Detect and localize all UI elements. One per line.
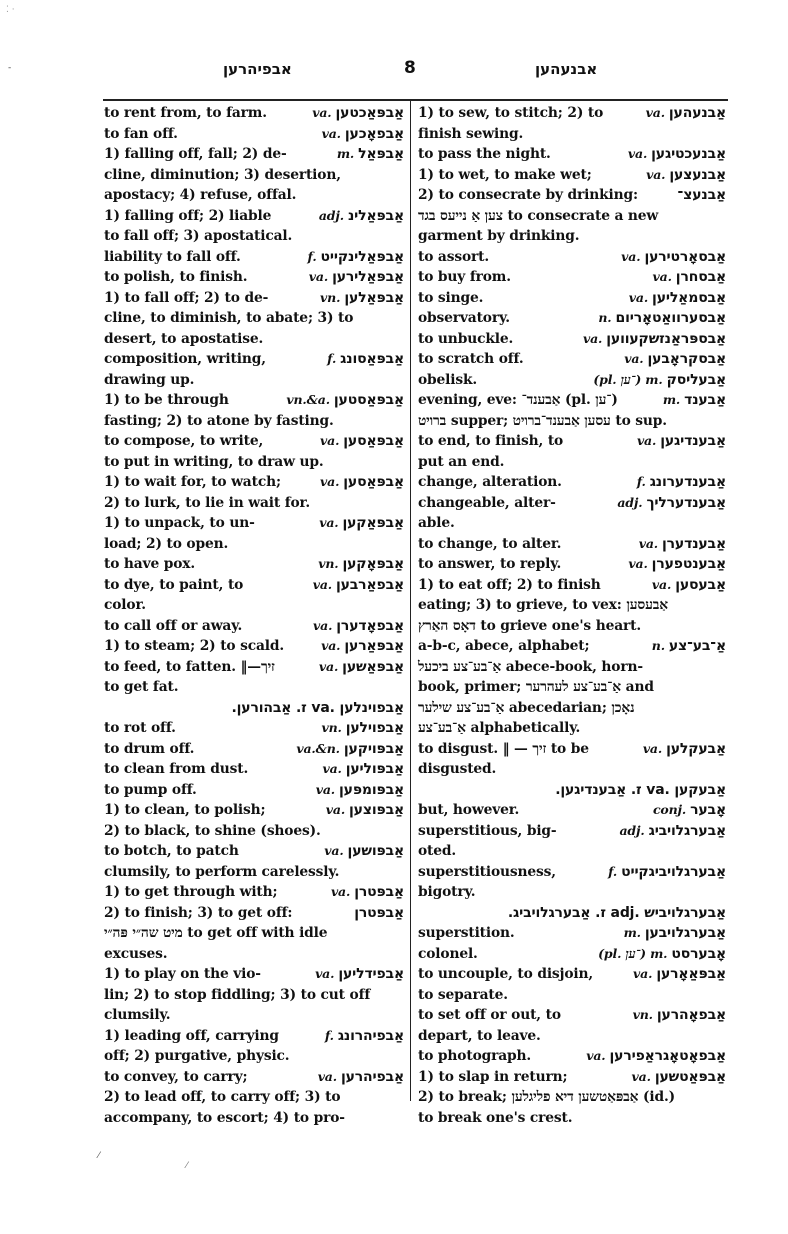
headword: אַבפוילען <box>346 718 404 739</box>
definition-text: צען אַ נייעס בגד to consecrate a new <box>418 206 658 227</box>
definition-text: superstition. <box>418 923 515 944</box>
dictionary-line: to call off or away.va.אַבפאָדערן <box>104 616 404 637</box>
definition-text: to polish, to finish. <box>104 267 247 288</box>
part-of-speech: va. <box>309 267 328 288</box>
definition-text: to fan off. <box>104 124 178 145</box>
dictionary-line: 2) to consecrate by drinking:אַבנעצ־ <box>418 185 726 206</box>
entry-headword-group: va.אַבפּאַקען <box>319 513 404 534</box>
headword: אַבפּאַל <box>358 144 404 165</box>
part-of-speech: va. <box>316 780 335 801</box>
part-of-speech: (pl. ־ען) m. <box>593 370 662 391</box>
part-of-speech: va. <box>322 759 341 780</box>
dictionary-line: changeable, alter-adj.אַבענדערליך <box>418 493 726 514</box>
dictionary-line: 1) leading off, carryingf.אַבפיהרונג <box>104 1026 404 1047</box>
scan-artifact-bottom-tick-2: ⁄ <box>186 1162 188 1171</box>
dictionary-line: depart, to leave. <box>418 1026 726 1047</box>
definition-text: drawing up. <box>104 370 194 391</box>
dictionary-line: אַבערגלויביש .adj ז. אַבערגלויביג. <box>418 903 726 924</box>
part-of-speech: n. <box>598 308 611 329</box>
entry-headword-group: va.אַבפּאַסען <box>320 472 404 493</box>
definition-text: apostacy; 4) refuse, offal. <box>104 185 296 206</box>
part-of-speech: va. <box>312 103 331 124</box>
dictionary-line: 2) to lurk, to lie in wait for. <box>104 493 404 514</box>
dictionary-line: observatory.n.אַבסערוואַטאָריום <box>418 308 726 329</box>
dictionary-line: דאָס האַרץ to grieve one's heart. <box>418 616 726 637</box>
definition-text: to scratch off. <box>418 349 524 370</box>
definition-text: superstitiousness, <box>418 862 556 883</box>
definition-text: color. <box>104 595 146 616</box>
definition-text: to get fat. <box>104 677 178 698</box>
definition-text: 1) to wet, to make wet; <box>418 165 592 186</box>
dictionary-line: to have pox.vn.אַבפּאָקען <box>104 554 404 575</box>
headword: אַבסאָרטירען <box>644 247 726 268</box>
entry-headword-group: (pl. ־ען) m.אָבערסט <box>598 944 726 965</box>
entry-headword-group: va.אַבפאָטאָגראַפירען <box>586 1046 726 1067</box>
headword: אַבפּאַסען <box>343 431 404 452</box>
definition-text: change, alteration. <box>418 472 562 493</box>
dictionary-line: to separate. <box>418 985 726 1006</box>
definition-text: put an end. <box>418 452 504 473</box>
entry-headword-group: m.אַבענד <box>663 390 726 411</box>
headword: אַבענדערונג <box>650 472 726 493</box>
dictionary-line: clumsily, to perform carelessly. <box>104 862 404 883</box>
dictionary-line: 1) to steam; 2) to scald.va.אַבפּאַרען <box>104 636 404 657</box>
dictionary-line: to change, to alter.va.אַבענדערן <box>418 534 726 555</box>
definition-text: lin; 2) to stop fiddling; 3) to cut off <box>104 985 370 1006</box>
dictionary-line: to compose, to write,va.אַבפּאַסען <box>104 431 404 452</box>
definition-text: to separate. <box>418 985 508 1006</box>
entry-headword-group: (pl. ־ען) m.אַבעליסק <box>593 370 726 391</box>
header-rule <box>103 99 728 101</box>
dictionary-line: desert, to apostatise. <box>104 329 404 350</box>
headword: אַבפּאַסונג <box>340 349 404 370</box>
part-of-speech: va. <box>628 554 647 575</box>
dictionary-line: composition, writing,f.אַבפּאַסונג <box>104 349 404 370</box>
dictionary-line: liability to fall off.f.אַבפּאַלינקייט <box>104 247 404 268</box>
part-of-speech: adj. <box>319 206 344 227</box>
part-of-speech: va. <box>583 329 602 350</box>
dictionary-line: to answer, to reply.va.אַבענטפערן <box>418 554 726 575</box>
entry-headword-group: va.אַבספּראַנזשקעווען <box>583 329 726 350</box>
definition-text: 1) to eat off; 2) to finish <box>418 575 601 596</box>
dictionary-line: a-b-c, abece, alphabet;n.אַ־בע־צע <box>418 636 726 657</box>
headword: אַבנעצ־ <box>678 185 726 206</box>
column-divider <box>410 101 411 1101</box>
entry-headword-group: va.אַבפאָכען <box>322 124 404 145</box>
dictionary-line: superstitious, big-adj.אַבערגלויביג <box>418 821 726 842</box>
definition-text: 2) to consecrate by drinking: <box>418 185 638 206</box>
definition-text: 1) to unpack, to un- <box>104 513 255 534</box>
headword: אַבעסען <box>675 575 726 596</box>
dictionary-line: אַ־בע־צע ביכעל abece-book, horn- <box>418 657 726 678</box>
dictionary-line: oted. <box>418 841 726 862</box>
part-of-speech: adj. <box>617 493 642 514</box>
definition-text: to break one's crest. <box>418 1108 572 1129</box>
dictionary-line: evening, eve: אַבענד־ (pl. ־ען)m.אַבענד <box>418 390 726 411</box>
definition-text: to call off or away. <box>104 616 242 637</box>
part-of-speech: (pl. ־ען) m. <box>598 944 667 965</box>
dictionary-line: to feed, to fatten. ‖—זיךva.אַבפּאַשען <box>104 657 404 678</box>
definition-text: cline, diminution; 3) desertion, <box>104 165 341 186</box>
headword: אַבנעכטיגען <box>651 144 726 165</box>
dictionary-line: clumsily. <box>104 1005 404 1026</box>
definition-text: to dye, to paint, to <box>104 575 243 596</box>
headword: אַבפאָדערן <box>336 616 404 637</box>
definition-text: to assort. <box>418 247 489 268</box>
dictionary-line: obelisk.(pl. ־ען) m.אַבעליסק <box>418 370 726 391</box>
dictionary-line: to pump off.va.אַבפּומפּען <box>104 780 404 801</box>
part-of-speech: m. <box>663 390 680 411</box>
entry-headword-group: va.אַבפּושען <box>324 841 404 862</box>
right-column: 1) to sew, to stitch; 2) tova.אַבנעהעןfi… <box>418 103 726 1128</box>
headword: אַבענד <box>684 390 726 411</box>
definition-text: liability to fall off. <box>104 247 241 268</box>
definition-text: changeable, alter- <box>418 493 556 514</box>
dictionary-line: to polish, to finish.va.אַבפּאַלירען <box>104 267 404 288</box>
definition-text: 1) to fall off; 2) to de- <box>104 288 268 309</box>
definition-text: load; 2) to open. <box>104 534 228 555</box>
headword: אַבפּאַטשען <box>655 1067 726 1088</box>
dictionary-line: superstition.m.אַבערגלויבען <box>418 923 726 944</box>
entry-headword-group: va.אַבפּאַשען <box>319 657 404 678</box>
headword: אַבפּטרן <box>354 903 404 924</box>
dictionary-line: 2) to lead off, to carry off; 3) to <box>104 1087 404 1108</box>
dictionary-line: off; 2) purgative, physic. <box>104 1046 404 1067</box>
dictionary-line: 1) to wet, to make wet;va.אַבנעצען <box>418 165 726 186</box>
part-of-speech: f. <box>327 349 336 370</box>
cross-reference: אַבפוינלען .va ז. אַבהורען. <box>231 698 404 719</box>
definition-text: book, primer; אַ־בע־צע לעהרער and <box>418 677 654 698</box>
part-of-speech: va. <box>331 882 350 903</box>
headword: אַבפּאַלינקייט <box>321 247 404 268</box>
headword: אַבפּאַלען <box>344 288 404 309</box>
part-of-speech: va. <box>318 1067 337 1088</box>
part-of-speech: va. <box>319 513 338 534</box>
dictionary-line: put an end. <box>418 452 726 473</box>
headword: אַבפאָכען <box>345 124 404 145</box>
headword: אַבענטפערן <box>652 554 726 575</box>
definition-text: 1) to be through <box>104 390 229 411</box>
entry-headword-group: va.אַבפידליען <box>315 964 404 985</box>
dictionary-line: 1) to be throughvn.&a.אַבפּאַסטען <box>104 390 404 411</box>
part-of-speech: va. <box>319 657 338 678</box>
part-of-speech: va. <box>326 800 345 821</box>
entry-headword-group: va.אַבענדיגען <box>637 431 726 452</box>
part-of-speech: va. <box>621 247 640 268</box>
dictionary-line: ברויט supper; עסען אַבענד־ברויט to sup. <box>418 411 726 432</box>
dictionary-line: but, however.conj.אָבער <box>418 800 726 821</box>
part-of-speech: va. <box>320 431 339 452</box>
part-of-speech: m. <box>624 923 641 944</box>
definition-text: to unbuckle. <box>418 329 513 350</box>
definition-text: disgusted. <box>418 759 496 780</box>
dictionary-line: lin; 2) to stop fiddling; 3) to cut off <box>104 985 404 1006</box>
part-of-speech: va. <box>313 616 332 637</box>
part-of-speech: va. <box>629 288 648 309</box>
entry-headword-group: va.אַבנעכטיגען <box>628 144 726 165</box>
part-of-speech: adj. <box>619 821 644 842</box>
definition-text: to clean from dust. <box>104 759 248 780</box>
definition-text: but, however. <box>418 800 519 821</box>
headword: אַבסערוואַטאָריום <box>615 308 726 329</box>
entry-headword-group: f.אַבפיהרונג <box>325 1026 404 1047</box>
entry-headword-group: va.אַבסמאַליען <box>629 288 726 309</box>
entry-headword-group: m.אַבערגלויבען <box>624 923 726 944</box>
entry-headword-group: va.אַבפּאַרען <box>321 636 404 657</box>
part-of-speech: f. <box>308 247 317 268</box>
entry-headword-group: n.אַ־בע־צע <box>652 636 726 657</box>
entry-headword-group: va.אַבפּאַלירען <box>309 267 404 288</box>
entry-headword-group: vn.אַבפאָהרען <box>633 1005 726 1026</box>
part-of-speech: va. <box>624 349 643 370</box>
definition-text: accompany, to escort; 4) to pro- <box>104 1108 345 1129</box>
guideword-right: אבנעהען <box>535 60 597 78</box>
entry-headword-group: vn.אַבפּאַלען <box>320 288 404 309</box>
dictionary-line: 1) to eat off; 2) to finishva.אַבעסען <box>418 575 726 596</box>
dictionary-line: 1) to fall off; 2) to de-vn.אַבפּאַלען <box>104 288 404 309</box>
entry-headword-group: va.אַבפּומפּען <box>316 780 404 801</box>
definition-text: 1) to slap in return; <box>418 1067 567 1088</box>
headword: אַבנעצען <box>669 165 726 186</box>
dictionary-line: to scratch off.va.אַבסקראָבען <box>418 349 726 370</box>
dictionary-line: apostacy; 4) refuse, offal. <box>104 185 404 206</box>
entry-headword-group: f.אַבפּאַסונג <box>327 349 404 370</box>
definition-text: to end, to finish, to <box>418 431 563 452</box>
scan-artifact-top-left: ⁚ · <box>6 6 15 15</box>
definition-text: desert, to apostatise. <box>104 329 263 350</box>
definition-text: observatory. <box>418 308 510 329</box>
part-of-speech: va. <box>586 1046 605 1067</box>
dictionary-line: 1) to slap in return;va.אַבפּאַטשען <box>418 1067 726 1088</box>
part-of-speech: va. <box>321 636 340 657</box>
entry-headword-group: va.אַבפיהרען <box>318 1067 404 1088</box>
dictionary-line: to uncouple, to disjoin,va.אַבפּאַאָרען <box>418 964 726 985</box>
definition-text: finish sewing. <box>418 124 523 145</box>
part-of-speech: va. <box>320 472 339 493</box>
dictionary-line: 2) to break; אַבפּאַטשען דיא פליגלען (id… <box>418 1087 726 1108</box>
headword: אַבסקראָבען <box>648 349 727 370</box>
definition-text: 2) to lurk, to lie in wait for. <box>104 493 310 514</box>
entry-headword-group: vn.&a.אַבפּאַסטען <box>286 390 404 411</box>
dictionary-line: to break one's crest. <box>418 1108 726 1129</box>
dictionary-line: to unbuckle.va.אַבספּראַנזשקעווען <box>418 329 726 350</box>
dictionary-line: to drum off.va.&n.אַבפּויקען <box>104 739 404 760</box>
part-of-speech: va. <box>322 124 341 145</box>
part-of-speech: va. <box>315 964 334 985</box>
guideword-left: אבפיהרען <box>223 60 292 78</box>
dictionary-line: to rot off.vn.אַבפוילען <box>104 718 404 739</box>
dictionary-line: excuses. <box>104 944 404 965</box>
entry-headword-group: m.אַבפּאַל <box>337 144 404 165</box>
definition-text: מיט שה״י פּה״י to get off with idle <box>104 923 327 944</box>
dictionary-line: to dye, to paint, tova.אַבפאַרבען <box>104 575 404 596</box>
part-of-speech: vn. <box>318 554 338 575</box>
dictionary-line: to fan off.va.אַבפאָכען <box>104 124 404 145</box>
dictionary-line: superstitiousness,f.אַבערגלויביגקייט <box>418 862 726 883</box>
entry-headword-group: va.אַבסקראָבען <box>624 349 726 370</box>
definition-text: oted. <box>418 841 456 862</box>
part-of-speech: f. <box>608 862 617 883</box>
entry-headword-group: va.אַבסחרן <box>653 267 726 288</box>
definition-text: composition, writing, <box>104 349 266 370</box>
dictionary-line: drawing up. <box>104 370 404 391</box>
part-of-speech: va. <box>637 431 656 452</box>
dictionary-line: צען אַ נייעס בגד to consecrate a new <box>418 206 726 227</box>
definition-text: 1) falling off, fall; 2) de- <box>104 144 287 165</box>
headword: אַבפּאַשען <box>342 657 404 678</box>
headword: אַבפּאָקען <box>342 554 404 575</box>
entry-headword-group: va.אַבפּאַכטען <box>312 103 404 124</box>
dictionary-line: garment by drinking. <box>418 226 726 247</box>
entry-headword-group: va.אַבפּאַאָרען <box>633 964 726 985</box>
headword: אַבענדערליך <box>646 493 726 514</box>
definition-text: to pass the night. <box>418 144 551 165</box>
definition-text: to uncouple, to disjoin, <box>418 964 593 985</box>
entry-headword-group: vn.אַבפּאָקען <box>318 554 404 575</box>
entry-headword-group: va.&n.אַבפּויקען <box>296 739 404 760</box>
definition-text: אַ־בע־צע ביכעל abece-book, horn- <box>418 657 643 678</box>
headword: אַ־בע־צע <box>669 636 726 657</box>
definition-text: אַ־בע־צע alphabetically. <box>418 718 580 739</box>
headword: אַבפּאַכטען <box>336 103 405 124</box>
entry-headword-group: va.אַבענדערן <box>639 534 726 555</box>
definition-text: to buy from. <box>418 267 511 288</box>
headword: אַבפיהרונג <box>338 1026 404 1047</box>
entry-headword-group: va.אַבפּאַטשען <box>632 1067 726 1088</box>
headword: אַבפּאַקען <box>342 513 404 534</box>
headword: אַבנעהען <box>669 103 726 124</box>
dictionary-line: to disgust. ‖ — זיך to beva.אַבעקלען <box>418 739 726 760</box>
part-of-speech: va. <box>646 103 665 124</box>
definition-text: 1) to steam; 2) to scald. <box>104 636 284 657</box>
definition-text: superstitious, big- <box>418 821 557 842</box>
entry-headword-group: f.אַבערגלויביגקייט <box>608 862 726 883</box>
part-of-speech: va. <box>653 267 672 288</box>
dictionary-line: color. <box>104 595 404 616</box>
headword: אַבפאָהרען <box>657 1005 726 1026</box>
definition-text: 1) to sew, to stitch; 2) to <box>418 103 603 124</box>
definition-text: to feed, to fatten. ‖—זיך <box>104 657 275 678</box>
part-of-speech: va. <box>313 575 332 596</box>
entry-headword-group: adj.אַבערגלויביג <box>619 821 726 842</box>
part-of-speech: conj. <box>653 800 686 821</box>
definition-text: evening, eve: אַבענד־ (pl. ־ען) <box>418 390 618 411</box>
headword: אַבסחרן <box>676 267 726 288</box>
headword: אָבערסט <box>671 944 726 965</box>
part-of-speech: va. <box>639 534 658 555</box>
definition-text: to pump off. <box>104 780 197 801</box>
part-of-speech: va. <box>646 165 665 186</box>
dictionary-line: to put in writing, to draw up. <box>104 452 404 473</box>
entry-headword-group: va.אַבפאָדערן <box>313 616 404 637</box>
entry-headword-group: vn.אַבפוילען <box>321 718 404 739</box>
dictionary-line: change, alteration.f.אַבענדערונג <box>418 472 726 493</box>
headword: אַבפּטרן <box>354 882 404 903</box>
headword: אַבערגלויביג <box>649 821 726 842</box>
headword: אַבפּאַסטען <box>334 390 404 411</box>
headword: אַבפּוליען <box>346 759 404 780</box>
headword: אַבפּוצען <box>349 800 404 821</box>
dictionary-line: to get fat. <box>104 677 404 698</box>
headword: אַבפאַרבען <box>336 575 404 596</box>
definition-text: to botch, to patch <box>104 841 239 862</box>
dictionary-line: to photograph.va.אַבפאָטאָגראַפירען <box>418 1046 726 1067</box>
part-of-speech: vn.&a. <box>286 390 330 411</box>
dictionary-line: load; 2) to open. <box>104 534 404 555</box>
headword: אַבפּאַאָרען <box>656 964 726 985</box>
part-of-speech: va. <box>633 964 652 985</box>
definition-text: 1) leading off, carrying <box>104 1026 279 1047</box>
dictionary-line: 1) to sew, to stitch; 2) tova.אַבנעהען <box>418 103 726 124</box>
page-number: 8 <box>404 58 416 78</box>
headword: אַבעליסק <box>667 370 726 391</box>
entry-headword-group: f.אַבענדערונג <box>637 472 726 493</box>
dictionary-line: fasting; 2) to atone by fasting. <box>104 411 404 432</box>
entry-headword-group: אַבנעצ־ <box>678 185 726 206</box>
dictionary-line: אַ־בע־צע alphabetically. <box>418 718 726 739</box>
definition-text: to rot off. <box>104 718 176 739</box>
definition-text: 1) to wait for, to watch; <box>104 472 281 493</box>
definition-text: cline, to diminish, to abate; 3) to <box>104 308 353 329</box>
part-of-speech: va. <box>643 739 662 760</box>
entry-headword-group: va.אַבעקלען <box>643 739 726 760</box>
dictionary-line: to assort.va.אַבסאָרטירען <box>418 247 726 268</box>
definition-text: to convey, to carry; <box>104 1067 247 1088</box>
entry-headword-group: n.אַבסערוואַטאָריום <box>598 308 726 329</box>
dictionary-line: cline, diminution; 3) desertion, <box>104 165 404 186</box>
part-of-speech: va.&n. <box>296 739 340 760</box>
definition-text: ברויט supper; עסען אַבענד־ברויט to sup. <box>418 411 667 432</box>
definition-text: 2) to break; אַבפּאַטשען דיא פליגלען (id… <box>418 1087 675 1108</box>
dictionary-line: to end, to finish, tova.אַבענדיגען <box>418 431 726 452</box>
headword: אָבער <box>690 800 726 821</box>
dictionary-line: eating; 3) to grieve, to vex: אַבעסען <box>418 595 726 616</box>
dictionary-line: מיט שה״י פּה״י to get off with idle <box>104 923 404 944</box>
dictionary-line: 1) to wait for, to watch;va.אַבפּאַסען <box>104 472 404 493</box>
definition-text: 1) to get through with; <box>104 882 277 903</box>
dictionary-line: to buy from.va.אַבסחרן <box>418 267 726 288</box>
headword: אַבספּראַנזשקעווען <box>606 329 726 350</box>
headword: אַבפּושען <box>348 841 404 862</box>
part-of-speech: m. <box>337 144 354 165</box>
headword: אַבסמאַליען <box>652 288 726 309</box>
definition-text: 1) falling off; 2) liable <box>104 206 271 227</box>
left-column: to rent from, to farm.va.אַבפּאַכטעןto f… <box>104 103 404 1128</box>
entry-headword-group: f.אַבפּאַלינקייט <box>308 247 404 268</box>
definition-text: a-b-c, abece, alphabet; <box>418 636 589 657</box>
entry-headword-group: conj.אָבער <box>653 800 726 821</box>
entry-headword-group: va.אַבענטפערן <box>628 554 726 575</box>
entry-headword-group: va.אַבפּאַסען <box>320 431 404 452</box>
headword: אַבערגלויבען <box>645 923 726 944</box>
definition-text: garment by drinking. <box>418 226 579 247</box>
dictionary-line: 1) to clean, to polish;va.אַבפּוצען <box>104 800 404 821</box>
headword: אַבערגלויביגקייט <box>621 862 726 883</box>
headword: אַבפּאַסען <box>343 472 404 493</box>
definition-text: 1) to clean, to polish; <box>104 800 265 821</box>
dictionary-line: finish sewing. <box>418 124 726 145</box>
part-of-speech: vn. <box>320 288 340 309</box>
part-of-speech: vn. <box>633 1005 653 1026</box>
definition-text: to have pox. <box>104 554 195 575</box>
definition-text: depart, to leave. <box>418 1026 541 1047</box>
part-of-speech: va. <box>632 1067 651 1088</box>
part-of-speech: n. <box>652 636 665 657</box>
headword: אַבענדערן <box>662 534 726 555</box>
headword: אַבפּויקען <box>344 739 404 760</box>
definition-text: to singe. <box>418 288 483 309</box>
headword: אַבפאָטאָגראַפירען <box>610 1046 727 1067</box>
